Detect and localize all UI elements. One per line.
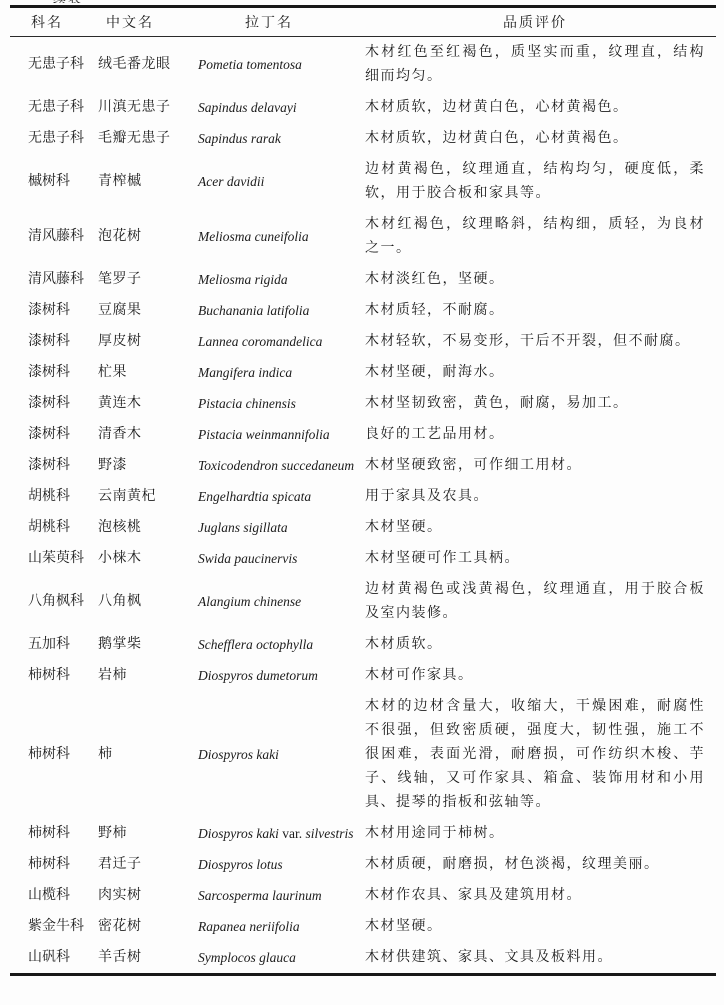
- latin-name-cell: Engelhardtia spicata: [198, 485, 365, 509]
- latin-name-cell: Lannea coromandelica: [198, 330, 365, 354]
- latin-name-cell: Toxicodendron succedaneum: [198, 454, 365, 478]
- family-cell: 漆树科: [28, 361, 98, 385]
- table-row: 紫金牛科密花树Rapanea neriifolia木材坚硬。: [10, 911, 716, 942]
- chinese-name-cell: 厚皮树: [98, 330, 198, 354]
- table-row: 槭树科青榨槭Acer davidii边材黄褐色，纹理通直，结构均匀，硬度低，柔软…: [10, 154, 716, 209]
- header-family: 科名: [28, 12, 98, 32]
- quality-cell: 木材用途同于柿树。: [365, 822, 705, 846]
- chinese-name-cell: 绒毛番龙眼: [98, 53, 198, 77]
- quality-cell: 木材轻软，不易变形，干后不开裂，但不耐腐。: [365, 330, 705, 354]
- family-cell: 柿树科: [28, 853, 98, 877]
- family-cell: 无患子科: [28, 96, 98, 120]
- scanned-page: 续表 科名 中文名 拉丁名 品质评价 无患子科绒毛番龙眼Pometia tome…: [0, 0, 724, 1005]
- family-cell: 胡桃科: [28, 516, 98, 540]
- table-row: 清风藤科泡花树Meliosma cuneifolia木材红褐色，纹理略斜，结构细…: [10, 209, 716, 264]
- header-chinese-name: 中文名: [98, 12, 198, 32]
- family-cell: 漆树科: [28, 423, 98, 447]
- chinese-name-cell: 清香木: [98, 423, 198, 447]
- chinese-name-cell: 豆腐果: [98, 299, 198, 323]
- latin-name-cell: Sapindus delavayi: [198, 96, 365, 120]
- latin-name-cell: Alangium chinense: [198, 590, 365, 614]
- family-cell: 胡桃科: [28, 485, 98, 509]
- species-table: 科名 中文名 拉丁名 品质评价 无患子科绒毛番龙眼Pometia tomento…: [10, 5, 716, 976]
- table-row: 山矾科羊舌树Symplocos glauca木材供建筑、家具、文具及板料用。: [10, 942, 716, 973]
- family-cell: 山茱萸科: [28, 547, 98, 571]
- quality-cell: 木材质软。: [365, 633, 705, 657]
- chinese-name-cell: 鹅掌柴: [98, 633, 198, 657]
- family-cell: 八角枫科: [28, 590, 98, 614]
- chinese-name-cell: 泡核桃: [98, 516, 198, 540]
- latin-name-cell: Buchanania latifolia: [198, 299, 365, 323]
- latin-name-cell: Acer davidii: [198, 170, 365, 194]
- chinese-name-cell: 野漆: [98, 454, 198, 478]
- quality-cell: 木材质软，边材黄白色，心材黄褐色。: [365, 127, 705, 151]
- quality-cell: 用于家具及农具。: [365, 485, 705, 509]
- latin-name-cell: Symplocos glauca: [198, 946, 365, 970]
- family-cell: 紫金牛科: [28, 915, 98, 939]
- table-row: 无患子科毛瓣无患子Sapindus rarak木材质软，边材黄白色，心材黄褐色。: [10, 123, 716, 154]
- latin-name-cell: Sapindus rarak: [198, 127, 365, 151]
- table-row: 柿树科野柿Diospyros kaki var. silvestris木材用途同…: [10, 818, 716, 849]
- family-cell: 柿树科: [28, 743, 98, 767]
- latin-name-cell: Pistacia weinmannifolia: [198, 423, 365, 447]
- family-cell: 山榄科: [28, 884, 98, 908]
- chinese-name-cell: 岩柿: [98, 664, 198, 688]
- header-quality-evaluation: 品质评价: [365, 12, 705, 32]
- table-row: 胡桃科云南黄杞Engelhardtia spicata用于家具及农具。: [10, 481, 716, 512]
- chinese-name-cell: 小梾木: [98, 547, 198, 571]
- chinese-name-cell: 泡花树: [98, 225, 198, 249]
- family-cell: 柿树科: [28, 822, 98, 846]
- latin-name-cell: Pometia tomentosa: [198, 53, 365, 77]
- continued-caption-fragment: 续表: [53, 0, 93, 3]
- chinese-name-cell: 君迁子: [98, 853, 198, 877]
- latin-name-cell: Mangifera indica: [198, 361, 365, 385]
- quality-cell: 木材的边材含量大，收缩大，干燥困难，耐腐性不很强，但致密质硬，强度大，韧性强，施…: [365, 695, 705, 815]
- table-row: 柿树科柿Diospyros kaki木材的边材含量大，收缩大，干燥困难，耐腐性不…: [10, 691, 716, 818]
- quality-cell: 木材坚硬，耐海水。: [365, 361, 705, 385]
- quality-cell: 木材可作家具。: [365, 664, 705, 688]
- species-table-body: 无患子科绒毛番龙眼Pometia tomentosa木材红色至红褐色，质坚实而重…: [10, 37, 716, 973]
- latin-name-cell: Pistacia chinensis: [198, 392, 365, 416]
- family-cell: 漆树科: [28, 392, 98, 416]
- table-row: 八角枫科八角枫Alangium chinense边材黄褐色或浅黄褐色，纹理通直，…: [10, 574, 716, 629]
- family-cell: 柿树科: [28, 664, 98, 688]
- latin-name-cell: Diospyros lotus: [198, 853, 365, 877]
- chinese-name-cell: 笔罗子: [98, 268, 198, 292]
- table-row: 漆树科野漆Toxicodendron succedaneum木材坚硬致密，可作细…: [10, 450, 716, 481]
- family-cell: 漆树科: [28, 330, 98, 354]
- table-row: 柿树科岩柿Diospyros dumetorum木材可作家具。: [10, 660, 716, 691]
- chinese-name-cell: 川滇无患子: [98, 96, 198, 120]
- family-cell: 漆树科: [28, 299, 98, 323]
- quality-cell: 木材红褐色，纹理略斜，结构细，质轻，为良材之一。: [365, 213, 705, 261]
- quality-cell: 边材黄褐色或浅黄褐色，纹理通直，用于胶合板及室内装修。: [365, 578, 705, 626]
- quality-cell: 木材作农具、家具及建筑用材。: [365, 884, 705, 908]
- latin-name-cell: Rapanea neriifolia: [198, 915, 365, 939]
- latin-name-cell: Meliosma cuneifolia: [198, 225, 365, 249]
- table-row: 胡桃科泡核桃Juglans sigillata木材坚硬。: [10, 512, 716, 543]
- quality-cell: 良好的工艺品用材。: [365, 423, 705, 447]
- chinese-name-cell: 野柿: [98, 822, 198, 846]
- chinese-name-cell: 肉实树: [98, 884, 198, 908]
- header-latin-name: 拉丁名: [198, 12, 365, 32]
- chinese-name-cell: 柿: [98, 743, 198, 767]
- family-cell: 清风藤科: [28, 225, 98, 249]
- table-row: 漆树科豆腐果Buchanania latifolia木材质轻，不耐腐。: [10, 295, 716, 326]
- table-row: 漆树科杧果Mangifera indica木材坚硬，耐海水。: [10, 357, 716, 388]
- table-row: 漆树科黄连木Pistacia chinensis木材坚韧致密，黄色，耐腐，易加工…: [10, 388, 716, 419]
- quality-cell: 木材供建筑、家具、文具及板料用。: [365, 946, 705, 970]
- table-row: 漆树科厚皮树Lannea coromandelica木材轻软，不易变形，干后不开…: [10, 326, 716, 357]
- family-cell: 无患子科: [28, 127, 98, 151]
- chinese-name-cell: 杧果: [98, 361, 198, 385]
- quality-cell: 木材质硬，耐磨损，材色淡褐，纹理美丽。: [365, 853, 705, 877]
- table-row: 清风藤科笔罗子Meliosma rigida木材淡红色，坚硬。: [10, 264, 716, 295]
- family-cell: 山矾科: [28, 946, 98, 970]
- chinese-name-cell: 八角枫: [98, 590, 198, 614]
- table-row: 五加科鹅掌柴Schefflera octophylla木材质软。: [10, 629, 716, 660]
- quality-cell: 木材坚硬。: [365, 516, 705, 540]
- quality-cell: 木材质轻，不耐腐。: [365, 299, 705, 323]
- chinese-name-cell: 云南黄杞: [98, 485, 198, 509]
- family-cell: 槭树科: [28, 170, 98, 194]
- table-row: 山茱萸科小梾木Swida paucinervis木材坚硬可作工具柄。: [10, 543, 716, 574]
- latin-name-cell: Diospyros kaki: [198, 743, 365, 767]
- quality-cell: 木材质软，边材黄白色，心材黄褐色。: [365, 96, 705, 120]
- quality-cell: 木材淡红色，坚硬。: [365, 268, 705, 292]
- latin-name-cell: Swida paucinervis: [198, 547, 365, 571]
- latin-name-cell: Diospyros dumetorum: [198, 664, 365, 688]
- quality-cell: 木材坚硬。: [365, 915, 705, 939]
- table-row: 无患子科绒毛番龙眼Pometia tomentosa木材红色至红褐色，质坚实而重…: [10, 37, 716, 92]
- family-cell: 无患子科: [28, 53, 98, 77]
- family-cell: 清风藤科: [28, 268, 98, 292]
- table-row: 漆树科清香木Pistacia weinmannifolia良好的工艺品用材。: [10, 419, 716, 450]
- latin-name-cell: Meliosma rigida: [198, 268, 365, 292]
- chinese-name-cell: 密花树: [98, 915, 198, 939]
- latin-name-cell: Schefflera octophylla: [198, 633, 365, 657]
- quality-cell: 边材黄褐色，纹理通直，结构均匀，硬度低，柔软，用于胶合板和家具等。: [365, 158, 705, 206]
- table-row: 无患子科川滇无患子Sapindus delavayi木材质软，边材黄白色，心材黄…: [10, 92, 716, 123]
- quality-cell: 木材坚硬致密，可作细工用材。: [365, 454, 705, 478]
- table-row: 柿树科君迁子Diospyros lotus木材质硬，耐磨损，材色淡褐，纹理美丽。: [10, 849, 716, 880]
- table-bottom-rule: [10, 973, 716, 976]
- latin-name-cell: Juglans sigillata: [198, 516, 365, 540]
- chinese-name-cell: 黄连木: [98, 392, 198, 416]
- latin-name-cell: Sarcosperma laurinum: [198, 884, 365, 908]
- latin-name-cell: Diospyros kaki var. silvestris: [198, 822, 365, 846]
- family-cell: 漆树科: [28, 454, 98, 478]
- table-row: 山榄科肉实树Sarcosperma laurinum木材作农具、家具及建筑用材。: [10, 880, 716, 911]
- quality-cell: 木材红色至红褐色，质坚实而重，纹理直，结构细而均匀。: [365, 41, 705, 89]
- chinese-name-cell: 青榨槭: [98, 170, 198, 194]
- chinese-name-cell: 羊舌树: [98, 946, 198, 970]
- chinese-name-cell: 毛瓣无患子: [98, 127, 198, 151]
- quality-cell: 木材坚韧致密，黄色，耐腐，易加工。: [365, 392, 705, 416]
- continued-caption-text: 续表: [53, 0, 93, 3]
- family-cell: 五加科: [28, 633, 98, 657]
- quality-cell: 木材坚硬可作工具柄。: [365, 547, 705, 571]
- table-header-row: 科名 中文名 拉丁名 品质评价: [10, 8, 716, 36]
